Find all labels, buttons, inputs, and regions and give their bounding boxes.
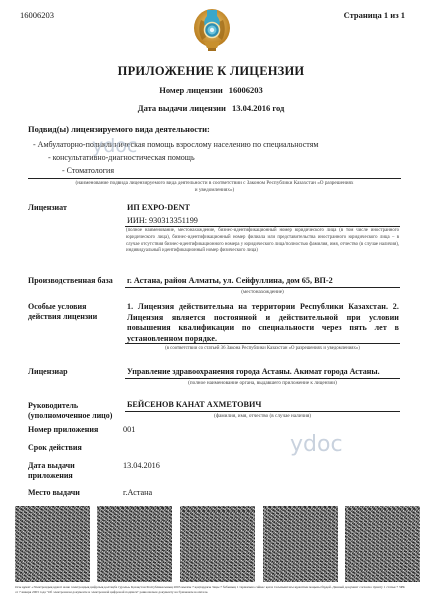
divider xyxy=(28,178,401,179)
head-label: Руководитель (уполномоченное лицо) xyxy=(28,401,112,421)
place-label: Место выдачи xyxy=(28,488,80,498)
divider xyxy=(125,411,400,412)
production-base-caption: (местонахождение) xyxy=(125,289,400,296)
watermark: ydoc xyxy=(290,432,343,457)
activity-caption-line: (наименование подвида лицензируемого вид… xyxy=(28,180,401,187)
barcode-icon xyxy=(180,506,255,582)
licensee-label: Лицензиат xyxy=(28,203,67,213)
divider xyxy=(125,226,400,227)
license-number-value: 16006203 xyxy=(229,85,263,95)
head-label-line: (уполномоченное лицо) xyxy=(28,411,112,421)
license-date-value: 13.04.2016 год xyxy=(232,103,284,113)
validity-label: Срок действия xyxy=(28,443,82,453)
activity-heading: Подвид(ы) лицензируемого вида деятельнос… xyxy=(28,124,210,134)
licensee-iin: ИИН: 930313351199 xyxy=(127,216,198,226)
divider xyxy=(125,287,400,288)
page-counter: Страница 1 из 1 xyxy=(344,10,405,20)
head-caption: (фамилия, имя, отчество (в случае наличи… xyxy=(125,413,400,420)
activity-caption-line: и уведомлениях») xyxy=(28,187,401,194)
document-title: ПРИЛОЖЕНИЕ К ЛИЦЕНЗИИ xyxy=(0,64,422,79)
activity-item: - Стоматология xyxy=(62,166,114,175)
appendix-number-value: 001 xyxy=(123,425,135,435)
licensor-label: Лицензиар xyxy=(28,367,68,377)
state-emblem-icon xyxy=(193,4,231,54)
production-base-label: Производственная база xyxy=(28,276,113,286)
divider xyxy=(125,378,400,379)
license-number-line: Номер лицензии16006203 xyxy=(0,85,422,95)
barcode-icon xyxy=(345,506,420,582)
divider xyxy=(125,343,400,344)
activity-caption: (наименование подвида лицензируемого вид… xyxy=(28,180,401,194)
special-conditions-label: Особые условия действия лицензии xyxy=(28,302,97,322)
appendix-date-value: 13.04.2016 xyxy=(123,461,160,471)
barcode-icon xyxy=(15,506,90,582)
activity-item: - Амбулаторно-поликлиническая помощь взр… xyxy=(33,140,318,149)
licensee-name: ИП EXPO-DENT xyxy=(127,203,190,213)
appendix-number-label: Номер приложения xyxy=(28,425,98,435)
licensee-caption: (полное наименование, местонахождение, б… xyxy=(126,228,399,255)
license-number-label: Номер лицензии xyxy=(159,85,223,95)
licensor-caption: (полное наименование органа, выдавшего п… xyxy=(125,380,400,387)
place-value: г.Астана xyxy=(123,488,152,498)
watermark: ydoc xyxy=(92,135,137,157)
license-date-line: Дата выдачи лицензии13.04.2016 год xyxy=(0,103,422,113)
appendix-date-label-line: приложения xyxy=(28,471,75,481)
appendix-date-label: Дата выдачи приложения xyxy=(28,461,75,481)
appendix-date-label-line: Дата выдачи xyxy=(28,461,75,471)
special-conditions-label-line: действия лицензии xyxy=(28,312,97,322)
barcode-icon xyxy=(263,506,338,582)
special-conditions-value: 1. Лицензия действительна на территории … xyxy=(127,302,399,344)
production-base-value: г. Астана, район Алматы, ул. Сейфуллина,… xyxy=(127,276,333,286)
barcode-icon xyxy=(97,506,172,582)
license-date-label: Дата выдачи лицензии xyxy=(138,103,226,113)
head-label-line: Руководитель xyxy=(28,401,112,411)
legal-footer: Осы құжат «Электрондық құжат және электр… xyxy=(15,585,407,595)
document-number: 16006203 xyxy=(20,10,54,20)
head-value: БЕЙСЕНОВ КАНАТ АХМЕТОВИЧ xyxy=(127,400,261,410)
licensor-value: Управление здравоохранения города Астаны… xyxy=(127,367,380,377)
special-conditions-caption: (в соответствии со статьей 36 Закона Рес… xyxy=(125,345,400,352)
special-conditions-label-line: Особые условия xyxy=(28,302,97,312)
